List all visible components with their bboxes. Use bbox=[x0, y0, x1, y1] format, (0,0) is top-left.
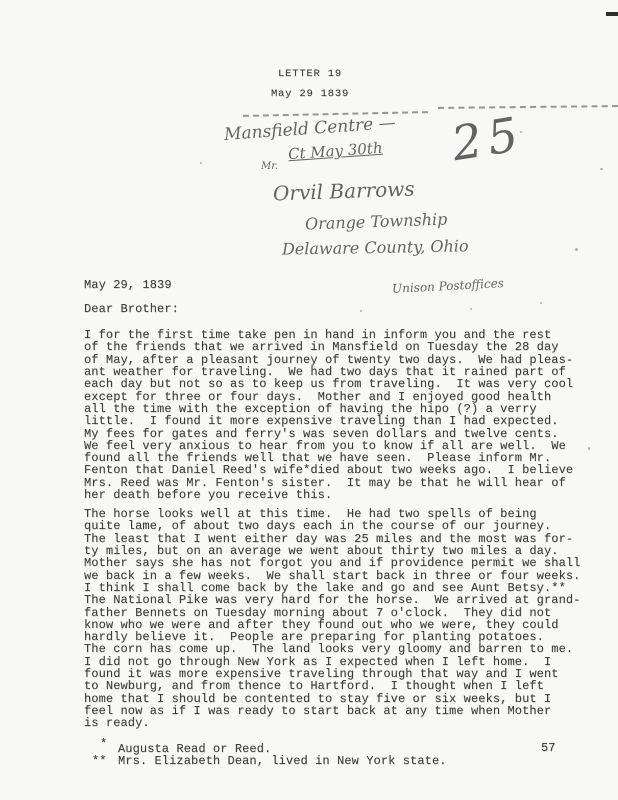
letter-date-line: May 29, 1839 bbox=[84, 279, 172, 291]
scan-noise-speck bbox=[360, 310, 362, 312]
letter-heading-date: May 29 1839 bbox=[80, 84, 540, 104]
scan-noise-speck bbox=[200, 162, 202, 164]
letter-salutation: Dear Brother: bbox=[84, 303, 179, 315]
page-number: 57 bbox=[541, 742, 556, 754]
scan-dash-line bbox=[243, 111, 428, 117]
scan-noise-speck bbox=[588, 447, 590, 450]
postage-rate: 25 bbox=[448, 107, 528, 173]
scan-noise-speck bbox=[520, 131, 522, 133]
letter-number: LETTER 19 bbox=[80, 64, 540, 84]
postoffice-note: Unison Postoffices bbox=[392, 276, 505, 296]
scan-noise-speck bbox=[600, 168, 603, 170]
scan-noise-speck bbox=[575, 248, 578, 251]
postmark-date: Ct May 30th bbox=[287, 139, 383, 164]
scan-corner-mark bbox=[606, 12, 618, 16]
addressee-name: Orvil Barrows bbox=[273, 177, 415, 206]
letter-paragraph-2: The horse looks well at this time. He ha… bbox=[84, 508, 580, 730]
scan-noise-speck bbox=[540, 302, 542, 304]
scanned-letter-page: LETTER 19 May 29 1839 Mansfield Centre —… bbox=[0, 0, 618, 800]
footnote-1-marker: * bbox=[100, 738, 107, 750]
address-township: Orange Township bbox=[305, 210, 448, 234]
addressee-honorific: Mr. bbox=[261, 161, 278, 172]
letter-heading: LETTER 19 May 29 1839 bbox=[80, 64, 540, 104]
scan-noise-speck bbox=[470, 308, 472, 310]
footnote-2-text: Mrs. Elizabeth Dean, lived in New York s… bbox=[118, 755, 447, 767]
address-county-state: Delaware County, Ohio bbox=[282, 236, 469, 258]
scan-dash-line bbox=[438, 105, 618, 109]
letter-paragraph-1: I for the first time take pen in hand in… bbox=[84, 329, 573, 501]
footnote-2-marker: ** bbox=[92, 755, 107, 767]
